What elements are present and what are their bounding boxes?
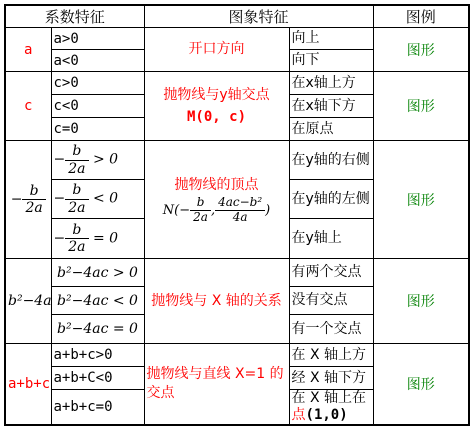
row-a-label: a (5, 28, 51, 72)
outcome-point-coords: (1,0) (306, 407, 348, 423)
fraction: 4ac−b²4a (215, 196, 265, 225)
outcome-two-intersections: 有两个交点 (289, 259, 373, 287)
condition-vertex-eq0: −b2a = 0 (51, 219, 144, 259)
row-vertex-1: −b2a −b2a > 0 抛物线的顶点 N(−b2a,4ac−b²4a) 在y… (5, 141, 469, 180)
condition-sum-lt0: a+b+C<0 (51, 367, 144, 390)
legend-cell-a: 图形 (373, 28, 469, 72)
condition-disc-eq0: b²−4ac = 0 (51, 315, 144, 344)
header-coefficient: 系数特征 (5, 5, 144, 28)
fraction: b2a (65, 182, 88, 215)
legend-cell-c: 图形 (373, 72, 469, 141)
outcome-point-word: 点 (292, 407, 306, 423)
row-sum-label: a+b+c (5, 344, 51, 425)
header-legend: 图例 (373, 5, 469, 28)
legend-cell-vertex: 图形 (373, 141, 469, 259)
row-a-1: a a>0 开口方向 向上 图形 (5, 28, 469, 50)
condition-disc-lt0: b²−4ac < 0 (51, 287, 144, 315)
fraction: b2a (65, 143, 88, 176)
feature-vertex-text: 抛物线的顶点 (147, 174, 287, 196)
row-vertex-label: −b2a (5, 141, 51, 259)
vertex-label-sign: − (11, 192, 23, 208)
fraction: b2a (65, 222, 88, 255)
legend-cell-sum: 图形 (373, 344, 469, 425)
condition-a-gt0: a>0 (51, 28, 144, 50)
feature-x-axis-relation: 抛物线与 X 轴的关系 (144, 259, 289, 344)
outcome-at-origin: 在原点 (289, 118, 373, 141)
feature-opening-direction: 开口方向 (144, 28, 289, 72)
feature-vertex-formula: N(−b2a,4ac−b²4a) (147, 196, 287, 225)
legend-cell-discriminant: 图形 (373, 259, 469, 344)
feature-vertex: 抛物线的顶点 N(−b2a,4ac−b²4a) (144, 141, 289, 259)
feature-y-intercept: 抛物线与y轴交点 M(0, c) (144, 72, 289, 141)
outcome-below-x-axis: 在x轴下方 (289, 95, 373, 118)
condition-sum-gt0: a+b+c>0 (51, 344, 144, 367)
outcome-upward: 向上 (289, 28, 373, 50)
condition-disc-gt0: b²−4ac > 0 (51, 259, 144, 287)
outcome-above-x-axis: 在x轴上方 (289, 72, 373, 95)
outcome-right-of-y-axis: 在y轴的右侧 (289, 141, 373, 180)
header-row: 系数特征 图象特征 图例 (5, 5, 469, 28)
row-discriminant-1: b²−4ac b²−4ac > 0 抛物线与 X 轴的关系 有两个交点 图形 (5, 259, 469, 287)
characteristics-table: 系数特征 图象特征 图例 a a>0 开口方向 向上 图形 a<0 向下 c c… (4, 4, 470, 426)
condition-sum-eq0: a+b+c=0 (51, 390, 144, 425)
feature-y-intercept-text: 抛物线与y轴交点 (147, 84, 287, 106)
outcome-downward: 向下 (289, 50, 373, 72)
outcome-below-x-axis-sum: 经 X 轴下方 (289, 367, 373, 390)
row-c-1: c c>0 抛物线与y轴交点 M(0, c) 在x轴上方 图形 (5, 72, 469, 95)
fraction: b2a (190, 196, 211, 225)
row-discriminant-label: b²−4ac (5, 259, 51, 344)
row-c-label: c (5, 72, 51, 141)
header-graph: 图象特征 (144, 5, 373, 28)
feature-y-intercept-point: M(0, c) (147, 106, 287, 128)
outcome-on-y-axis: 在y轴上 (289, 219, 373, 259)
condition-c-lt0: c<0 (51, 95, 144, 118)
condition-a-lt0: a<0 (51, 50, 144, 72)
outcome-above-x-axis-sum: 在 X 轴上方 (289, 344, 373, 367)
condition-vertex-gt0: −b2a > 0 (51, 141, 144, 180)
condition-c-gt0: c>0 (51, 72, 144, 95)
feature-line-x1-intersection: 抛物线与直线 X=1 的交点 (144, 344, 289, 425)
outcome-at-point-1-0: 在 X 轴上在点(1,0) (289, 390, 373, 425)
outcome-left-of-y-axis: 在y轴的左侧 (289, 180, 373, 219)
condition-c-eq0: c=0 (51, 118, 144, 141)
outcome-no-intersection: 没有交点 (289, 287, 373, 315)
row-sum-1: a+b+c a+b+c>0 抛物线与直线 X=1 的交点 在 X 轴上方 图形 (5, 344, 469, 367)
condition-vertex-lt0: −b2a < 0 (51, 180, 144, 219)
vertex-label-fraction: b2a (22, 183, 45, 216)
outcome-one-intersection: 有一个交点 (289, 315, 373, 344)
